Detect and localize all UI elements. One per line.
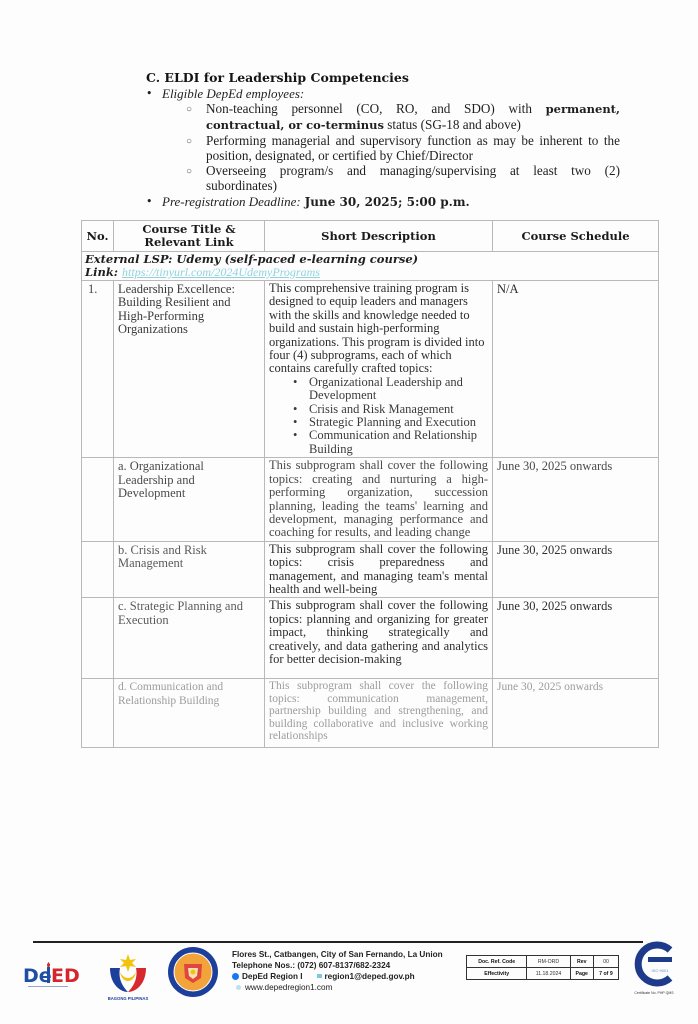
facebook-icon: [232, 973, 239, 980]
header-no: No.: [82, 221, 114, 252]
description-text: This comprehensive training program is d…: [269, 282, 488, 376]
address: Flores St., Catbangen, City of San Ferna…: [232, 949, 443, 960]
course-description: This comprehensive training program is d…: [265, 281, 493, 458]
table-header-row: No. Course Title & Relevant Link Short D…: [82, 221, 659, 252]
circle-bullet-icon: ○: [186, 101, 206, 133]
subprogram-schedule: June 30, 2025 onwards: [493, 598, 659, 679]
topic-item: Strategic Planning and Execution: [291, 416, 488, 429]
subprogram-description: This subprogram shall cover the followin…: [265, 598, 493, 679]
doc-ref-code-label: Doc. Ref. Code: [467, 956, 527, 968]
circle-bullet-icon: ○: [186, 163, 206, 193]
facebook-page[interactable]: DepEd Region I: [242, 972, 303, 981]
subprogram-schedule: June 30, 2025 onwards: [493, 458, 659, 541]
iso-certification-logo: ISO 9001: [632, 940, 676, 988]
subprogram-title: a. Organizational Leadership and Develop…: [114, 458, 265, 541]
link-label: Link:: [85, 265, 118, 279]
svg-text:ED: ED: [51, 965, 80, 987]
iso-caption: Certificate No. PHP QMS: [626, 991, 682, 995]
deped-logo: De ED: [22, 960, 86, 990]
topics-list: Organizational Leadership and Developmen…: [291, 376, 488, 456]
table-row: c. Strategic Planning and Execution This…: [82, 598, 659, 679]
page-value: 7 of 9: [593, 968, 618, 980]
course-table: No. Course Title & Relevant Link Short D…: [81, 220, 659, 748]
criteria-text: Performing managerial and supervisory fu…: [206, 133, 620, 163]
subprogram-description: This subprogram shall cover the followin…: [265, 679, 493, 748]
subprogram-description: This subprogram shall cover the followin…: [265, 541, 493, 598]
subprogram-title: d. Communication and Relationship Buildi…: [114, 679, 265, 748]
subprogram-schedule: June 30, 2025 onwards: [493, 679, 659, 748]
eligible-bullet: • Eligible DepEd employees:: [140, 86, 660, 101]
svg-text:ISO 9001: ISO 9001: [652, 968, 670, 973]
footer-divider: [33, 941, 643, 943]
course-schedule: N/A: [493, 281, 659, 458]
deped-region-seal: [167, 946, 219, 998]
table-row: a. Organizational Leadership and Develop…: [82, 458, 659, 541]
website[interactable]: www.depedregion1.com: [245, 983, 332, 992]
table-row: d. Communication and Relationship Buildi…: [82, 679, 659, 748]
criteria-text: Non-teaching personnel (CO, RO, and SDO)…: [206, 101, 546, 116]
bullet-icon: •: [140, 194, 162, 210]
header-course-schedule: Course Schedule: [493, 221, 659, 252]
circle-bullet-icon: ○: [186, 133, 206, 163]
criteria-text: Overseeing program/s and managing/superv…: [206, 163, 620, 193]
contact-info: Flores St., Catbangen, City of San Ferna…: [232, 949, 443, 993]
deadline-label: Pre-registration Deadline:: [162, 194, 301, 209]
document-reference-table: Doc. Ref. Code RM-ORD Rev 00 Effectivity…: [466, 955, 619, 980]
deadline-bullet: • Pre-registration Deadline: June 30, 20…: [140, 194, 660, 210]
topic-item: Crisis and Risk Management: [291, 403, 488, 416]
email-icon: [317, 974, 322, 978]
subprogram-description: This subprogram shall cover the followin…: [265, 458, 493, 541]
rev-value: 00: [593, 956, 618, 968]
criteria-text: status (SG-18 and above): [384, 117, 521, 132]
lsp-row: External LSP: Udemy (self-paced e-learni…: [82, 252, 659, 281]
eligible-label: Eligible DepEd employees:: [162, 86, 304, 101]
effectivity-label: Effectivity: [467, 968, 527, 980]
subprogram-title: c. Strategic Planning and Execution: [114, 598, 265, 679]
svg-text:BAGONG PILIPINAS: BAGONG PILIPINAS: [108, 996, 149, 1001]
topic-item: Organizational Leadership and Developmen…: [291, 376, 488, 403]
course-title: Leadership Excellence: Building Resilien…: [114, 281, 265, 458]
globe-icon: [236, 985, 241, 990]
email-address[interactable]: region1@deped.gov.ph: [325, 972, 415, 981]
effectivity-value: 11.18.2024: [527, 968, 570, 980]
criteria-item: ○ Overseeing program/s and managing/supe…: [186, 163, 620, 193]
table-row: b. Crisis and Risk Management This subpr…: [82, 541, 659, 598]
criteria-list: ○ Non-teaching personnel (CO, RO, and SD…: [186, 101, 620, 193]
telephone: Telephone Nos.: (072) 607-8137/682-2324: [232, 960, 443, 971]
section-title: C. ELDI for Leadership Competencies: [146, 70, 660, 85]
bagong-pilipinas-logo: BAGONG PILIPINAS: [102, 950, 154, 1002]
doc-ref-code-value: RM-ORD: [527, 956, 570, 968]
criteria-item: ○ Performing managerial and supervisory …: [186, 133, 620, 163]
criteria-item: ○ Non-teaching personnel (CO, RO, and SD…: [186, 101, 620, 133]
header-course-title: Course Title & Relevant Link: [114, 221, 265, 252]
rev-label: Rev: [570, 956, 593, 968]
deadline-value: June 30, 2025; 5:00 p.m.: [305, 195, 470, 209]
topic-item: Communication and Relationship Building: [291, 429, 488, 456]
bullet-icon: •: [140, 86, 162, 101]
table-row: 1. Leadership Excellence: Building Resil…: [82, 281, 659, 458]
row-number: 1.: [82, 281, 114, 458]
page-label: Page: [570, 968, 593, 980]
eligibility-section: C. ELDI for Leadership Competencies • El…: [140, 70, 660, 210]
udemy-link[interactable]: https://tinyurl.com/2024UdemyPrograms: [122, 265, 320, 279]
subprogram-title: b. Crisis and Risk Management: [114, 541, 265, 598]
subprogram-schedule: June 30, 2025 onwards: [493, 541, 659, 598]
header-short-description: Short Description: [265, 221, 493, 252]
